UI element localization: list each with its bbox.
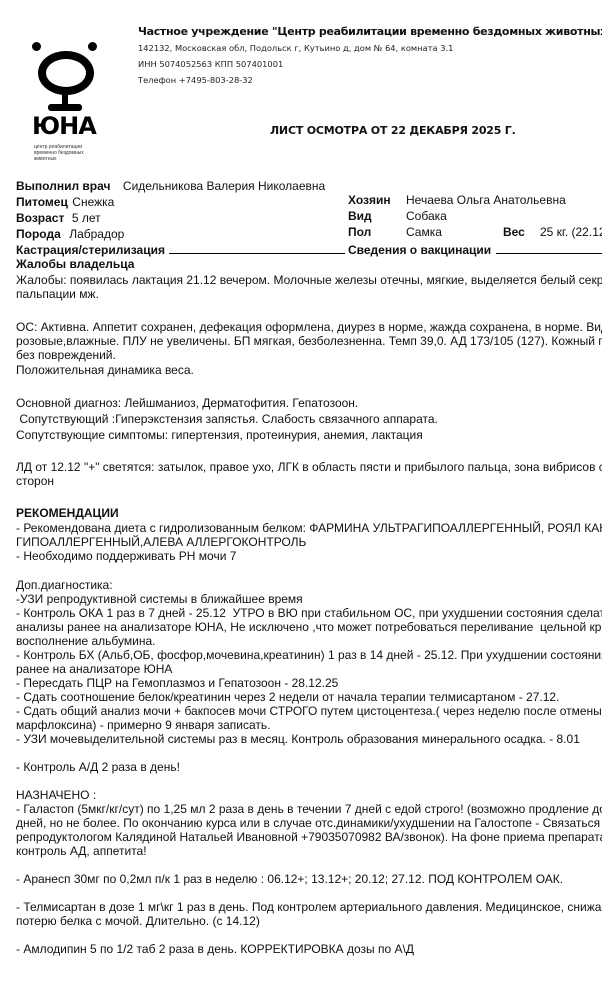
org-address: 142132, Московская обл, Подольск г, Куть… <box>138 43 453 53</box>
extra-diag-line: - УЗИ мочевыделительной системы раз в ме… <box>16 731 580 747</box>
sex-value: Самка <box>406 225 442 239</box>
document-title: ЛИСТ ОСМОТРА ОТ 22 ДЕКАБРЯ 2025 Г. <box>270 124 516 137</box>
breed-label: Порода <box>16 227 61 241</box>
ld-line: ЛД от 12.12 "+" светятся: затылок, право… <box>16 459 602 475</box>
doctor-label: Выполнил врач <box>16 179 110 193</box>
complaints-label: Жалобы владельца <box>16 257 134 271</box>
complaints-line: пальпации мж. <box>16 286 99 302</box>
owner-value: Нечаева Ольга Анатольевна <box>406 193 566 207</box>
species-label: Вид <box>348 209 372 223</box>
org-inn-kpp: ИНН 5074052563 КПП 507401001 <box>138 59 283 69</box>
castration-label: Кастрация/стерилизация <box>16 243 165 257</box>
org-phone: Телефон +7495-803-28-32 <box>138 75 253 85</box>
logo-dot-left <box>32 42 41 51</box>
recommendation-line: - Необходимо поддерживать РН мочи 7 <box>16 548 236 564</box>
galastop-line: контроль АД, аппетита! <box>16 843 147 859</box>
logo-ring <box>38 51 94 95</box>
castration-blank <box>169 242 345 254</box>
breed-value: Лабрадор <box>69 227 124 241</box>
diagnosis-main: Основной диагноз: Лейшманиоз, Дерматофит… <box>16 395 358 411</box>
recommendations-title: РЕКОМЕНДАЦИИ <box>16 505 119 521</box>
logo-dot-right <box>88 42 97 51</box>
species-value: Собака <box>406 209 447 223</box>
doctor-value: Сидельникова Валерия Николаевна <box>123 179 325 193</box>
diagnosis-concomitant: Сопутствующий :Гиперэкстензия запястья. … <box>16 411 438 427</box>
age-label: Возраст <box>16 211 64 225</box>
telmisartan-line: потерю белка с мочой. Длительно. (с 14.1… <box>16 913 260 929</box>
amlodipine-line: - Амлодипин 5 по 1/2 таб 2 раза в день. … <box>16 941 414 957</box>
pet-value: Снежка <box>72 195 114 209</box>
org-name: Частное учреждение "Центр реабилитации в… <box>138 25 602 38</box>
complaints-line: Жалобы: появилась лактация 21.12 вечером… <box>16 272 602 288</box>
bp-control: - Контроль А/Д 2 раза в день! <box>16 759 180 775</box>
diagnosis-symptoms: Сопутствующие симптомы: гипертензия, про… <box>16 427 423 443</box>
weight-value: 25 кг. (22.12 <box>540 225 602 239</box>
vaccination-blank <box>496 242 602 254</box>
logo-word: ЮНА <box>32 112 96 140</box>
vaccination-label: Сведения о вакцинации <box>348 243 491 257</box>
vaccination-field: Сведения о вакцинации <box>348 241 602 259</box>
pet-label: Питомец <box>16 195 68 209</box>
ld-line: сторон <box>16 473 54 489</box>
sex-label: Пол <box>348 225 371 239</box>
clinic-logo: ЮНА центр реабилитации временно бездомны… <box>28 42 98 157</box>
aranesp-line: - Аранесп 30мг по 0,2мл п/к 1 раз в неде… <box>16 871 563 887</box>
age-value: 5 лет <box>72 211 101 225</box>
status-line: Положительная динамика веса. <box>16 362 194 378</box>
status-line: без повреждений. <box>16 347 116 363</box>
owner-label: Хозяин <box>348 193 391 207</box>
logo-subtitle: центр реабилитации временно бездомных жи… <box>34 144 94 162</box>
weight-label: Вес <box>503 225 525 239</box>
logo-bar <box>48 104 82 111</box>
